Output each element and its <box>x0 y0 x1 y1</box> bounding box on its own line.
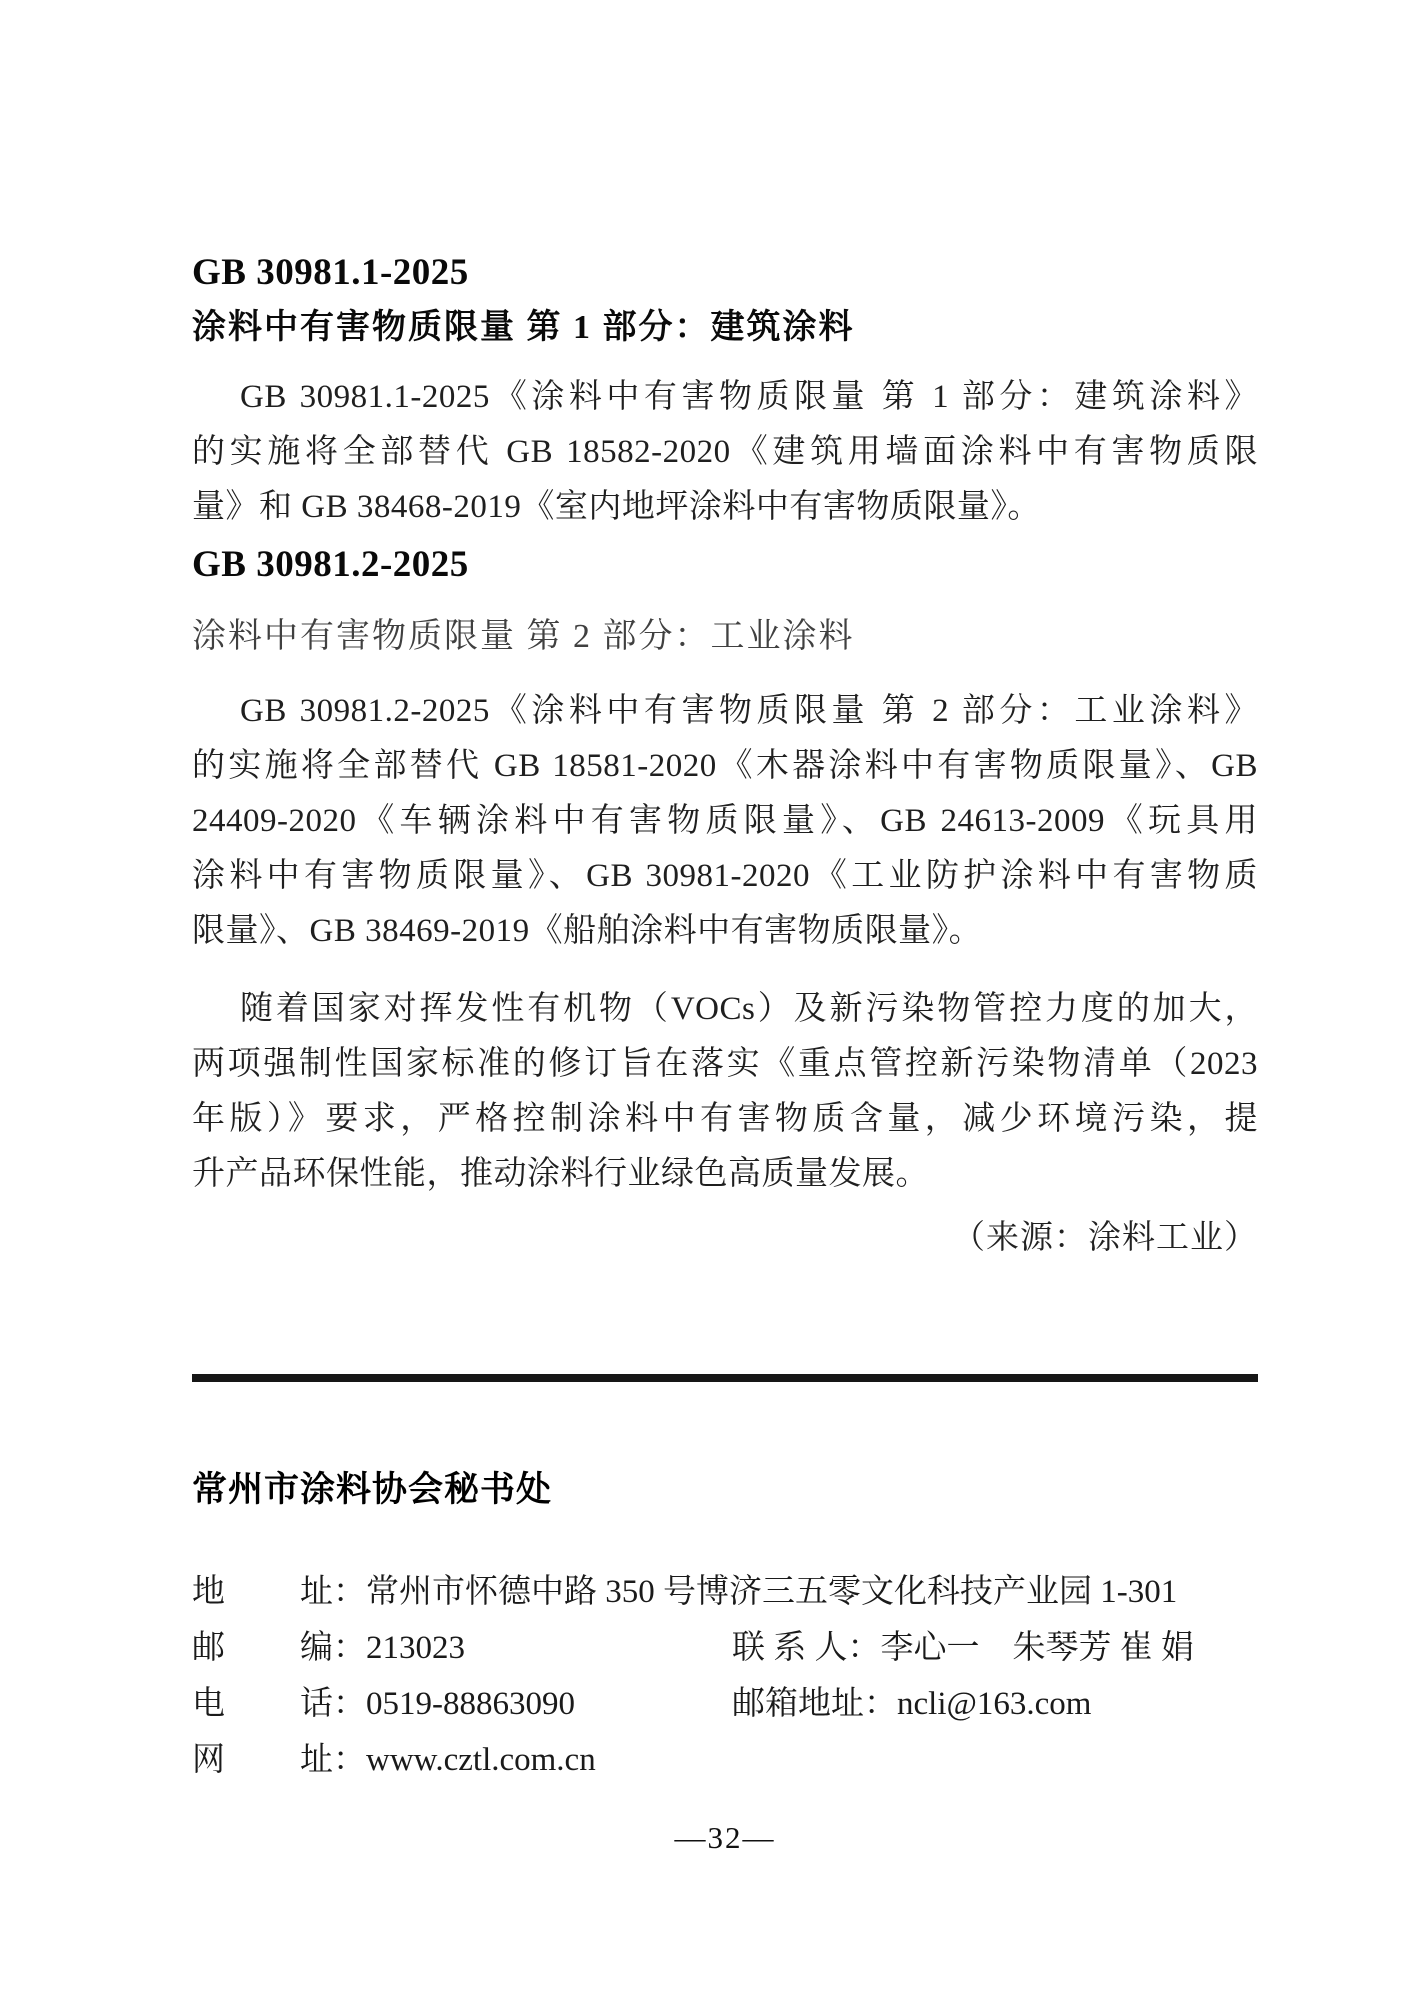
contact-value: 李心一 朱琴芳 崔 娟 <box>881 1620 1195 1676</box>
contact-value: 213023 <box>366 1620 465 1676</box>
contact-block: 地 址： 常州市怀德中路 350 号博济三五零文化科技产业园 1-301 邮 编… <box>192 1564 1258 1788</box>
paragraph-line: 涂料中有害物质限量》、GB 30981-2020《工业防护涂料中有害物质 <box>192 849 1258 904</box>
contact-value: ncli@163.com <box>897 1676 1091 1732</box>
contact-key: 邮 <box>192 1620 300 1676</box>
source-credit: （来源：涂料工业） <box>192 1216 1258 1260</box>
contact-right: 邮箱地址： ncli@163.com <box>732 1676 1258 1732</box>
contact-value: 常州市怀德中路 350 号博济三五零文化科技产业园 1-301 <box>366 1564 1177 1620</box>
contact-row-address: 地 址： 常州市怀德中路 350 号博济三五零文化科技产业园 1-301 <box>192 1564 1258 1620</box>
paragraph-line: 24409-2020《车辆涂料中有害物质限量》、GB 24613-2009《玩具… <box>192 794 1258 849</box>
page-number: —32— <box>192 1818 1258 1858</box>
paragraph-line: GB 30981.1-2025《涂料中有害物质限量 第 1 部分：建筑涂料》 <box>192 370 1258 425</box>
contact-key: 联 系 人： <box>732 1620 881 1676</box>
contact-key: 地 <box>192 1564 300 1620</box>
paragraph-line: GB 30981.2-2025《涂料中有害物质限量 第 2 部分：工业涂料》 <box>192 684 1258 739</box>
contact-row-postcode: 邮 编： 213023 联 系 人： 李心一 朱琴芳 崔 娟 <box>192 1620 1258 1676</box>
divider-rule <box>192 1374 1258 1382</box>
contact-left: 邮 编： 213023 <box>192 1620 732 1676</box>
paragraph-line: 升产品环保性能，推动涂料行业绿色高质量发展。 <box>192 1147 1258 1202</box>
contact-key: 编： <box>300 1620 366 1676</box>
section2-code-heading: GB 30981.2-2025 <box>192 545 1258 585</box>
contact-key: 址： <box>300 1564 366 1620</box>
paragraph-line: 两项强制性国家标准的修订旨在落实《重点管控新污染物清单（2023 <box>192 1037 1258 1092</box>
paragraph-line: 量》和 GB 38468-2019《室内地坪涂料中有害物质限量》。 <box>192 480 1258 535</box>
contact-key: 址： <box>300 1732 366 1788</box>
paragraph-line: 的实施将全部替代 GB 18582-2020《建筑用墙面涂料中有害物质限 <box>192 425 1258 480</box>
contact-key: 话： <box>300 1676 366 1732</box>
closing-paragraph: 随着国家对挥发性有机物（VOCs）及新污染物管控力度的加大， 两项强制性国家标准… <box>192 982 1258 1202</box>
contact-row-phone: 电 话： 0519-88863090 邮箱地址： ncli@163.com <box>192 1676 1258 1732</box>
paragraph-line: 年版）》要求，严格控制涂料中有害物质含量，减少环境污染，提 <box>192 1092 1258 1147</box>
contact-value: 0519-88863090 <box>366 1676 575 1732</box>
section1-code-heading: GB 30981.1-2025 <box>192 253 1258 293</box>
contact-row-website: 网 址： www.cztl.com.cn <box>192 1732 1258 1788</box>
paragraph-line: 限量》、GB 38469-2019《船舶涂料中有害物质限量》。 <box>192 904 1258 959</box>
paragraph-line: 随着国家对挥发性有机物（VOCs）及新污染物管控力度的加大， <box>192 982 1258 1037</box>
organization-name: 常州市涂料协会秘书处 <box>192 1468 1258 1512</box>
document-page: GB 30981.1-2025 涂料中有害物质限量 第 1 部分：建筑涂料 GB… <box>0 0 1415 2000</box>
contact-value: www.cztl.com.cn <box>366 1732 596 1788</box>
contact-left: 地 址： 常州市怀德中路 350 号博济三五零文化科技产业园 1-301 <box>192 1564 1258 1620</box>
page-content: GB 30981.1-2025 涂料中有害物质限量 第 1 部分：建筑涂料 GB… <box>0 0 1415 1858</box>
paragraph-line: 的实施将全部替代 GB 18581-2020《木器涂料中有害物质限量》、GB <box>192 739 1258 794</box>
contact-left: 电 话： 0519-88863090 <box>192 1676 732 1732</box>
contact-key: 电 <box>192 1676 300 1732</box>
section2-title-heading: 涂料中有害物质限量 第 2 部分：工业涂料 <box>192 617 1258 657</box>
contact-right: 联 系 人： 李心一 朱琴芳 崔 娟 <box>732 1620 1258 1676</box>
contact-key: 邮箱地址： <box>732 1676 897 1732</box>
section2-paragraph: GB 30981.2-2025《涂料中有害物质限量 第 2 部分：工业涂料》 的… <box>192 684 1258 959</box>
section1-title-heading: 涂料中有害物质限量 第 1 部分：建筑涂料 <box>192 308 1258 348</box>
contact-key: 网 <box>192 1732 300 1788</box>
section1-paragraph: GB 30981.1-2025《涂料中有害物质限量 第 1 部分：建筑涂料》 的… <box>192 370 1258 535</box>
contact-left: 网 址： www.cztl.com.cn <box>192 1732 1258 1788</box>
